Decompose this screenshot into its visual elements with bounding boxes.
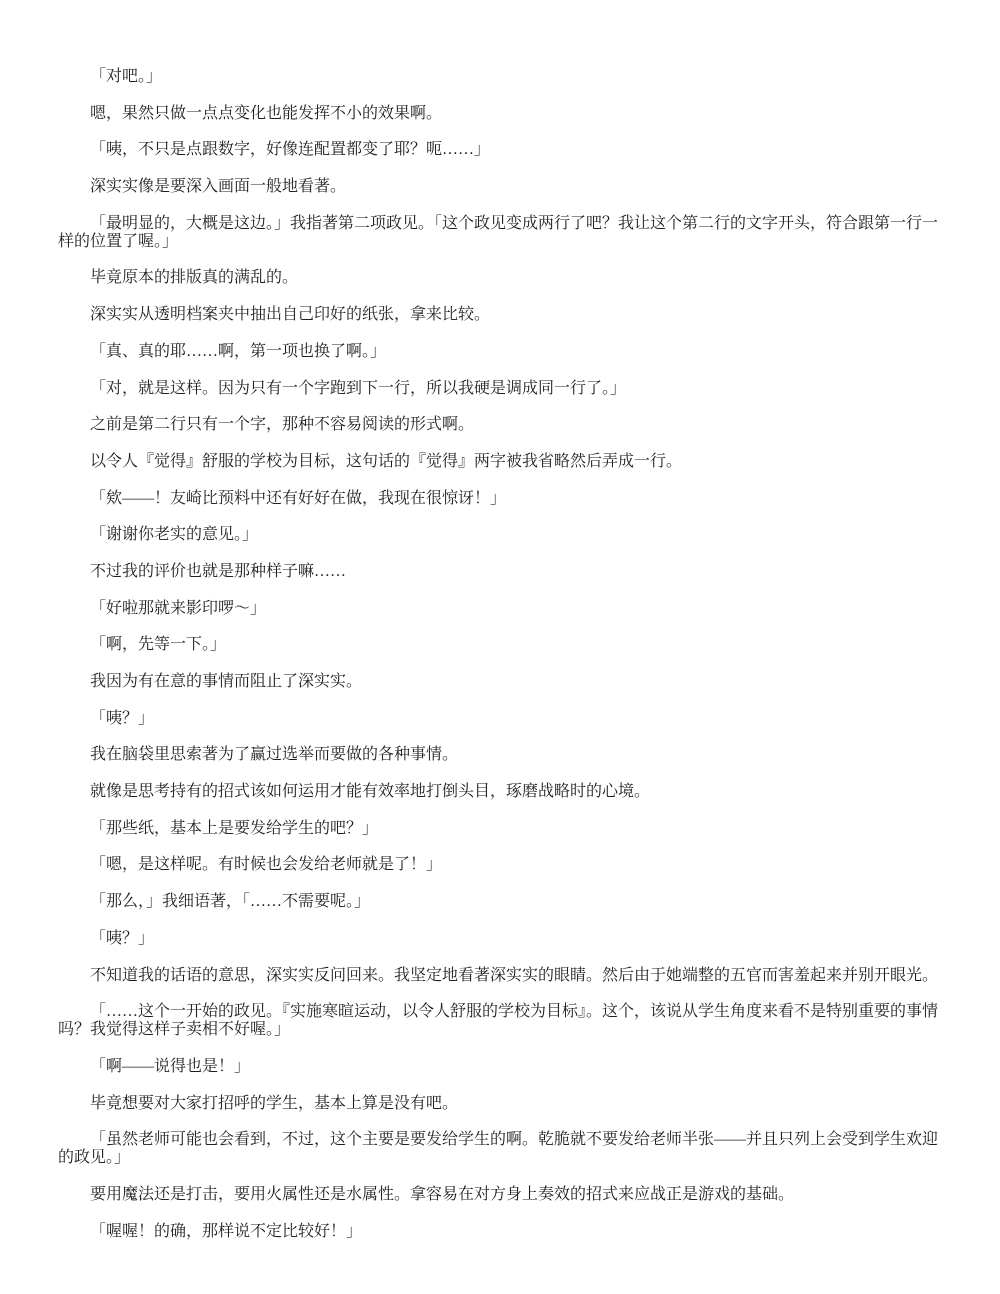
paragraph: 「喔喔！的确，那样说不定比较好！」 (58, 1223, 938, 1241)
paragraph: 「最明显的，大概是这边。」我指著第二项政见。「这个政见变成两行了吧？我让这个第二… (58, 215, 938, 251)
paragraph: 「谢谢你老实的意见。」 (58, 526, 938, 544)
paragraph: 「啊——说得也是！」 (58, 1058, 938, 1076)
paragraph: 就像是思考持有的招式该如何运用才能有效率地打倒头目，琢磨战略时的心境。 (58, 783, 938, 801)
paragraph: 「那么，」我细语著，「……不需要呢。」 (58, 893, 938, 911)
paragraph: 「对吧。」 (58, 68, 938, 86)
paragraph: 「对，就是这样。因为只有一个字跑到下一行，所以我硬是调成同一行了。」 (58, 380, 938, 398)
paragraph: 「真、真的耶……啊，第一项也换了啊。」 (58, 343, 938, 361)
paragraph: 我在脑袋里思索著为了赢过选举而要做的各种事情。 (58, 746, 938, 764)
paragraph: 毕竟想要对大家打招呼的学生，基本上算是没有吧。 (58, 1095, 938, 1113)
paragraph: 「咦，不只是点跟数字，好像连配置都变了耶？呃……」 (58, 141, 938, 159)
paragraph: 深实实从透明档案夹中抽出自己印好的纸张，拿来比较。 (58, 306, 938, 324)
paragraph: 以令人『觉得』舒服的学校为目标，这句话的『觉得』两字被我省略然后弄成一行。 (58, 453, 938, 471)
paragraph: 深实实像是要深入画面一般地看著。 (58, 178, 938, 196)
paragraph: 「好啦那就来影印啰～」 (58, 600, 938, 618)
paragraph: 我因为有在意的事情而阻止了深实实。 (58, 673, 938, 691)
paragraph: 不过我的评价也就是那种样子嘛…… (58, 563, 938, 581)
paragraph: 「欸——！友崎比预料中还有好好在做，我现在很惊讶！」 (58, 490, 938, 508)
paragraph: 「咦？」 (58, 930, 938, 948)
paragraph: 「那些纸，基本上是要发给学生的吧？」 (58, 820, 938, 838)
document-page: 「对吧。」 嗯，果然只做一点点变化也能发挥不小的效果啊。 「咦，不只是点跟数字，… (58, 68, 938, 1259)
paragraph: 「嗯，是这样呢。有时候也会发给老师就是了！」 (58, 856, 938, 874)
paragraph: 之前是第二行只有一个字，那种不容易阅读的形式啊。 (58, 416, 938, 434)
paragraph: 「咦？」 (58, 710, 938, 728)
paragraph: 「虽然老师可能也会看到，不过，这个主要是要发给学生的啊。乾脆就不要发给老师半张—… (58, 1131, 938, 1167)
paragraph: 「……这个一开始的政见。『实施寒暄运动，以令人舒服的学校为目标』。这个，该说从学… (58, 1003, 938, 1039)
paragraph: 要用魔法还是打击，要用火属性还是水属性。拿容易在对方身上奏效的招式来应战正是游戏… (58, 1186, 938, 1204)
paragraph: 「啊，先等一下。」 (58, 636, 938, 654)
paragraph: 毕竟原本的排版真的满乱的。 (58, 269, 938, 287)
paragraph: 不知道我的话语的意思，深实实反问回来。我坚定地看著深实实的眼睛。然后由于她端整的… (58, 967, 938, 985)
paragraph: 嗯，果然只做一点点变化也能发挥不小的效果啊。 (58, 105, 938, 123)
